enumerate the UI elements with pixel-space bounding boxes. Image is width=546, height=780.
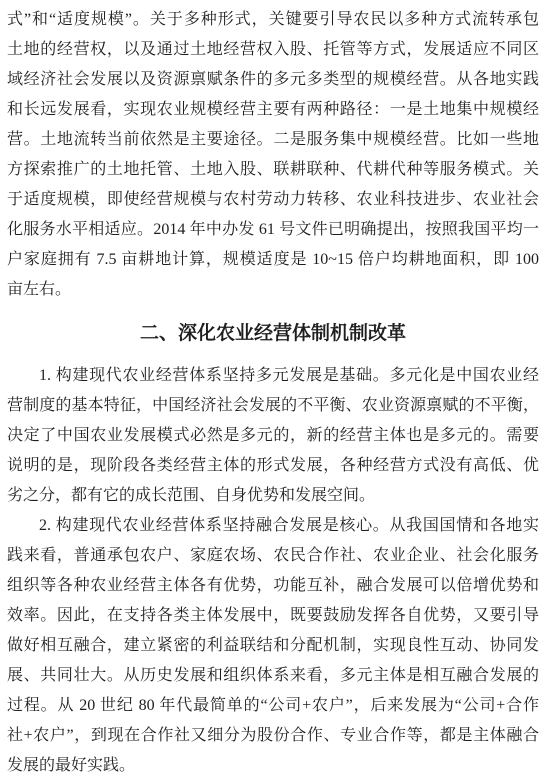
- text-line: 域经济社会发展以及资源禀赋条件的多元多类型的规模经营。从各地实践: [7, 65, 539, 95]
- text-line: 式”和“适度规模”。关于多种形式，关键要引导农民以多种方式流转承包: [7, 5, 539, 35]
- text-line: 决定了中国农业发展模式必然是多元的，新的经营主体也是多元的。需要: [7, 421, 539, 451]
- text-line: 营制度的基本特征，中国经济社会发展的不平衡、农业资源禀赋的不平衡，: [7, 391, 539, 421]
- intro-paragraph: 式”和“适度规模”。关于多种形式，关键要引导农民以多种方式流转承包 土地的经营权…: [7, 5, 539, 305]
- point-2-paragraph: 2. 构建现代农业经营体系坚持融合发展是核心。从我国国情和各地实 践来看，普通承…: [7, 511, 539, 780]
- text-line: 效率。因此，在支持各类主体发展中，既要鼓励发挥各自优势，又要引导: [7, 601, 539, 631]
- text-line: 践来看，普通承包农户、家庭农场、农民合作社、农业企业、社会化服务: [7, 541, 539, 571]
- text-line: 土地的经营权，以及通过土地经营权入股、托管等方式，发展适应不同区: [7, 35, 539, 65]
- text-line: 亩左右。: [7, 275, 539, 305]
- text-line: 社+农户”，到现在合作社又细分为股份合作、专业合作等，都是主体融合: [7, 721, 539, 751]
- text-line: 2. 构建现代农业经营体系坚持融合发展是核心。从我国国情和各地实: [7, 511, 539, 541]
- text-line: 户家庭拥有 7.5 亩耕地计算，规模适度是 10~15 倍户均耕地面积，即 10…: [7, 245, 539, 275]
- text-line: 说明的是，现阶段各类经营主体的形式发展，各种经营方式没有高低、优: [7, 451, 539, 481]
- text-line: 组织等各种农业经营主体各有优势，功能互补，融合发展可以倍增优势和: [7, 571, 539, 601]
- text-line: 1. 构建现代农业经营体系坚持多元发展是基础。多元化是中国农业经: [7, 361, 539, 391]
- text-line: 方探索推广的土地托管、土地入股、联耕联种、代耕代种等服务模式。关: [7, 155, 539, 185]
- text-line: 过程。从 20 世纪 80 年代最简单的“公司+农户”，后来发展为“公司+合作: [7, 691, 539, 721]
- text-line: 营。土地流转当前依然是主要途径。二是服务集中规模经营。比如一些地: [7, 125, 539, 155]
- document-page: 式”和“适度规模”。关于多种形式，关键要引导农民以多种方式流转承包 土地的经营权…: [0, 0, 546, 780]
- text-line: 化服务水平相适应。2014 年中办发 61 号文件已明确提出，按照我国平均一: [7, 215, 539, 245]
- section-heading: 二、深化农业经营体制机制改革: [7, 319, 539, 349]
- text-line: 展、共同壮大。从历史发展和组织体系来看，多元主体是相互融合发展的: [7, 661, 539, 691]
- point-1-paragraph: 1. 构建现代农业经营体系坚持多元发展是基础。多元化是中国农业经 营制度的基本特…: [7, 361, 539, 511]
- text-line: 做好相互融合，建立紧密的利益联结和分配机制，实现良性互动、协同发: [7, 631, 539, 661]
- text-line: 于适度规模，即使经营规模与农村劳动力转移、农业科技进步、农业社会: [7, 185, 539, 215]
- text-line: 和长远发展看，实现农业规模经营主要有两种路径：一是土地集中规模经: [7, 95, 539, 125]
- text-line: 发展的最好实践。: [7, 751, 539, 780]
- text-line: 劣之分，都有它的成长范围、自身优势和发展空间。: [7, 481, 539, 511]
